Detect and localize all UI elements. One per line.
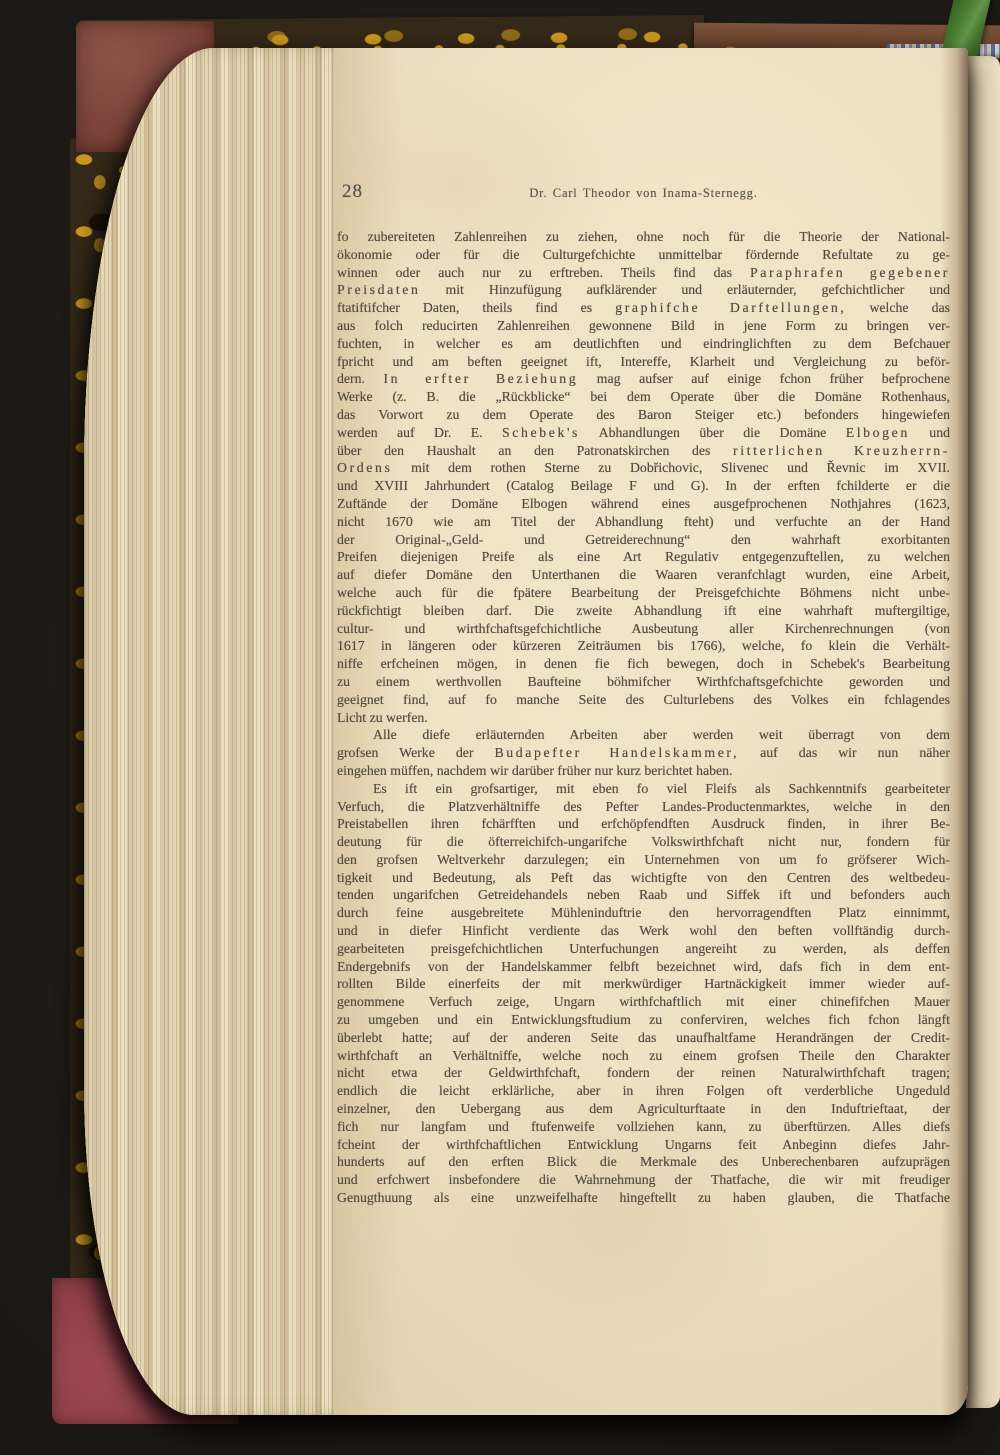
text-segment: cultur- und wirthfchaftsgefchichtliche A… <box>337 621 950 636</box>
text-segment: nicht etwa der Geldwirthfchaft, fondern … <box>337 1065 950 1080</box>
text-line: winnen oder auch nur zu erftreben. Theil… <box>337 264 950 282</box>
book-page: 28 Dr. Carl Theodor von Inama-Sternegg. … <box>84 48 968 1415</box>
text-segment: wirthfchaft an Verhältniffe, welche noch… <box>337 1048 950 1063</box>
text-line: niffe erfcheinen mögen, in denen fie fic… <box>337 655 950 673</box>
text-segment: tigkeit und Bedeutung, als Peft das wich… <box>337 870 950 885</box>
text-line: werden auf Dr. E. Schebek's Abhandlungen… <box>337 424 950 442</box>
text-segment: winnen oder auch nur zu erftreben. Theil… <box>337 265 750 280</box>
text-line: Werke (z. B. die „Rückblicke“ bei dem Op… <box>337 388 950 406</box>
book-scan: 28 Dr. Carl Theodor von Inama-Sternegg. … <box>0 0 1000 1455</box>
text-line: geeignet find, auf fo manche Seite des C… <box>337 691 950 709</box>
text-segment: Preifen diejenigen Preife als eine Art R… <box>337 549 950 564</box>
text-line: ökonomie oder für die Culturgefchichte u… <box>337 246 950 264</box>
text-line: Ordens mit dem rothen Sterne zu Dobřicho… <box>337 459 950 477</box>
emphasized-text: Paraphrafen gegebener <box>750 265 950 280</box>
paragraph: Es ift ein grofsartiger, mit eben fo vie… <box>337 780 950 1207</box>
text-segment: fuchten, in welcher es am deutlichften u… <box>337 336 950 351</box>
running-header: Dr. Carl Theodor von Inama-Sternegg. <box>337 178 950 201</box>
text-segment: grofsen Werke der <box>337 745 494 760</box>
text-line: fpricht und am beften geeignet ift, Inte… <box>337 353 950 371</box>
text-segment: 1617 in längeren oder kürzeren Zeiträume… <box>337 638 950 653</box>
text-segment: welche auch für die fpätere Bearbeitung … <box>337 585 950 600</box>
page-stack-fore-edge <box>84 48 376 1415</box>
text-segment: der Original-„Geld- und Getreiderechnung… <box>337 532 950 547</box>
text-line: gearbeiteten preisgefchichtlichen Unterf… <box>337 940 950 958</box>
text-segment: Zuftände der Domäne Elbogen während eine… <box>337 496 950 511</box>
text-line: Es ift ein grofsartiger, mit eben fo vie… <box>337 780 950 798</box>
text-line: Alle diefe erläuternden Arbeiten aber we… <box>337 726 950 744</box>
text-segment: fpricht und am beften geeignet ift, Inte… <box>337 354 950 369</box>
text-line: auf diefer Domäne den Unterthanen die Wa… <box>337 566 950 584</box>
page-number: 28 <box>342 181 363 203</box>
text-line: überlebt hatte; auf der anderen Seite da… <box>337 1029 950 1047</box>
emphasized-text: In erfter Beziehung <box>383 371 578 386</box>
text-line: Preifen diejenigen Preife als eine Art R… <box>337 548 950 566</box>
emphasized-text: Elbogen <box>846 425 910 440</box>
text-line: Licht zu werfen. <box>337 709 950 727</box>
text-line: wirthfchaft an Verhältniffe, welche noch… <box>337 1047 950 1065</box>
text-segment: und erfchwert insbefondere die Wahrnehmu… <box>337 1172 950 1187</box>
text-line: eingehen müffen, nachdem wir darüber frü… <box>337 762 950 780</box>
text-line: fcheint der wirthfchaftlichen Entwicklun… <box>337 1136 950 1154</box>
text-line: endlich die leicht erklärliche, aber in … <box>337 1082 950 1100</box>
text-line: hunderts auf den erften Blick die Merkma… <box>337 1153 950 1171</box>
text-line: welche auch für die fpätere Bearbeitung … <box>337 584 950 602</box>
text-line: einzelner, den Uebergang aus dem Agricul… <box>337 1100 950 1118</box>
text-segment: fo zubereiteten Zahlenreihen zu ziehen, … <box>337 229 950 244</box>
text-segment: Es ift ein grofsartiger, mit eben fo vie… <box>373 781 950 796</box>
text-line: und in diefer Hinficht verdiente das Wer… <box>337 922 950 940</box>
text-segment: über den Haushalt an den Patronatskirche… <box>337 443 733 458</box>
facing-page-edge <box>966 56 1000 1408</box>
text-line: Verfuch, die Platzverhältniffe des Pefte… <box>337 798 950 816</box>
text-segment: mit dem rothen Sterne zu Dobřichovic, Sl… <box>392 460 950 475</box>
text-segment: Endergebnifs von der Handelskammer felbf… <box>337 959 950 974</box>
text-segment: Abhandlungen über die Domäne <box>580 425 846 440</box>
text-segment: überlebt hatte; auf der anderen Seite da… <box>337 1030 950 1045</box>
text-line: ftatiftifcher Daten, theils find es grap… <box>337 299 950 317</box>
text-line: fich nur langfam und ftufenweife vollzie… <box>337 1118 950 1136</box>
text-line: fuchten, in welcher es am deutlichften u… <box>337 335 950 353</box>
paragraph: Alle diefe erläuternden Arbeiten aber we… <box>337 726 950 779</box>
text-line: der Original-„Geld- und Getreiderechnung… <box>337 531 950 549</box>
text-segment: auf das wir nun näher <box>739 745 950 760</box>
text-segment: mag aufser auf einige fchon früher befpr… <box>578 371 950 386</box>
text-line: Preisdaten mit Hinzufügung aufklärender … <box>337 281 950 299</box>
text-line: Endergebnifs von der Handelskammer felbf… <box>337 958 950 976</box>
page-header: 28 Dr. Carl Theodor von Inama-Sternegg. <box>337 178 950 204</box>
text-segment: aus folch reducirten Zahlenreihen gewonn… <box>337 318 950 333</box>
text-line: 1617 in längeren oder kürzeren Zeiträume… <box>337 637 950 655</box>
text-segment: ftatiftifcher Daten, theils find es <box>337 300 615 315</box>
text-segment: niffe erfcheinen mögen, in denen fie fic… <box>337 656 950 671</box>
text-segment: den grofsen Weltverkehr darzulegen; ein … <box>337 852 950 867</box>
text-segment: ökonomie oder für die Culturgefchichte u… <box>337 247 950 262</box>
text-segment: fich nur langfam und ftufenweife vollzie… <box>337 1119 950 1134</box>
text-line: zu umgeben und ein Entwicklungsftudium z… <box>337 1011 950 1029</box>
text-segment: das Vorwort zu dem Operate des Baron Ste… <box>337 407 950 422</box>
text-segment: gearbeiteten preisgefchichtlichen Unterf… <box>337 941 950 956</box>
text-segment: hunderts auf den erften Blick die Merkma… <box>337 1154 950 1169</box>
text-segment: genommene Verfuch zeige, Ungarn wirthfch… <box>337 994 950 1009</box>
text-line: Genugthuung als eine unzweifelhafte hing… <box>337 1189 950 1207</box>
text-segment: Werke (z. B. die „Rückblicke“ bei dem Op… <box>337 389 950 404</box>
text-line: grofsen Werke der Budapefter Handelskamm… <box>337 744 950 762</box>
emphasized-text: ritterlichen Kreuzherrn- <box>733 443 950 458</box>
emphasized-text: Schebek's <box>502 425 580 440</box>
text-segment: Alle diefe erläuternden Arbeiten aber we… <box>373 727 950 742</box>
text-segment: Preistabellen ihren fchärfften und erfch… <box>337 816 950 831</box>
text-segment: geeignet find, auf fo manche Seite des C… <box>337 692 950 707</box>
text-line: durch feine ausgebreitete Mühleninduftri… <box>337 904 950 922</box>
text-line: Zuftände der Domäne Elbogen während eine… <box>337 495 950 513</box>
text-segment: nicht 1670 wie am Titel der Abhandlung f… <box>337 514 950 529</box>
text-line: nicht etwa der Geldwirthfchaft, fondern … <box>337 1064 950 1082</box>
text-segment: tenden ungarifchen Getreidehandels neben… <box>337 887 950 902</box>
text-line: dern. In erfter Beziehung mag aufser auf… <box>337 370 950 388</box>
text-block: fo zubereiteten Zahlenreihen zu ziehen, … <box>337 228 950 1207</box>
emphasized-text: graphifche Darftellungen, <box>615 300 846 315</box>
text-line: rollten Bilde einerfeits der mit merkwür… <box>337 975 950 993</box>
text-segment: zu einem werthvollen Baufteine böhmifche… <box>337 674 950 689</box>
emphasized-text: Ordens <box>337 460 392 475</box>
text-line: den grofsen Weltverkehr darzulegen; ein … <box>337 851 950 869</box>
text-segment: werden auf Dr. E. <box>337 425 502 440</box>
text-segment: Licht zu werfen. <box>337 710 428 725</box>
text-line: rückfichtigt bleiben darf. Die zweite Ab… <box>337 602 950 620</box>
text-line: nicht 1670 wie am Titel der Abhandlung f… <box>337 513 950 531</box>
text-line: deutung für die öfterreichifch-ungarifch… <box>337 833 950 851</box>
text-line: und erfchwert insbefondere die Wahrnehmu… <box>337 1171 950 1189</box>
text-segment: Verfuch, die Platzverhältniffe des Pefte… <box>337 799 950 814</box>
text-segment: fcheint der wirthfchaftlichen Entwicklun… <box>337 1137 950 1152</box>
text-line: Preistabellen ihren fchärfften und erfch… <box>337 815 950 833</box>
text-segment: und in diefer Hinficht verdiente das Wer… <box>337 923 950 938</box>
text-segment: deutung für die öfterreichifch-ungarifch… <box>337 834 950 849</box>
text-segment: zu umgeben und ein Entwicklungsftudium z… <box>337 1012 950 1027</box>
text-segment: und <box>910 425 950 440</box>
text-segment: durch feine ausgebreitete Mühleninduftri… <box>337 905 950 920</box>
text-segment: und XVIII Jahrhundert (Catalog Beilage F… <box>337 478 950 493</box>
paragraph: fo zubereiteten Zahlenreihen zu ziehen, … <box>337 228 950 726</box>
text-segment: mit Hinzufügung aufklärender und erläute… <box>420 282 950 297</box>
text-segment: dern. <box>337 371 383 386</box>
text-segment: endlich die leicht erklärliche, aber in … <box>337 1083 950 1098</box>
text-line: tenden ungarifchen Getreidehandels neben… <box>337 886 950 904</box>
text-segment: welche das <box>846 300 950 315</box>
text-line: tigkeit und Bedeutung, als Peft das wich… <box>337 869 950 887</box>
text-segment: rückfichtigt bleiben darf. Die zweite Ab… <box>337 603 950 618</box>
text-line: über den Haushalt an den Patronatskirche… <box>337 442 950 460</box>
text-segment: eingehen müffen, nachdem wir darüber frü… <box>337 763 732 778</box>
text-segment: Genugthuung als eine unzweifelhafte hing… <box>337 1190 950 1205</box>
text-line: aus folch reducirten Zahlenreihen gewonn… <box>337 317 950 335</box>
text-segment: rollten Bilde einerfeits der mit merkwür… <box>337 976 950 991</box>
emphasized-text: Budapefter Handelskammer, <box>494 745 739 760</box>
text-segment: auf diefer Domäne den Unterthanen die Wa… <box>337 567 950 582</box>
text-line: das Vorwort zu dem Operate des Baron Ste… <box>337 406 950 424</box>
emphasized-text: Preisdaten <box>337 282 420 297</box>
text-line: zu einem werthvollen Baufteine böhmifche… <box>337 673 950 691</box>
text-segment: einzelner, den Uebergang aus dem Agricul… <box>337 1101 950 1116</box>
text-line: fo zubereiteten Zahlenreihen zu ziehen, … <box>337 228 950 246</box>
text-line: cultur- und wirthfchaftsgefchichtliche A… <box>337 620 950 638</box>
text-line: und XVIII Jahrhundert (Catalog Beilage F… <box>337 477 950 495</box>
text-line: genommene Verfuch zeige, Ungarn wirthfch… <box>337 993 950 1011</box>
